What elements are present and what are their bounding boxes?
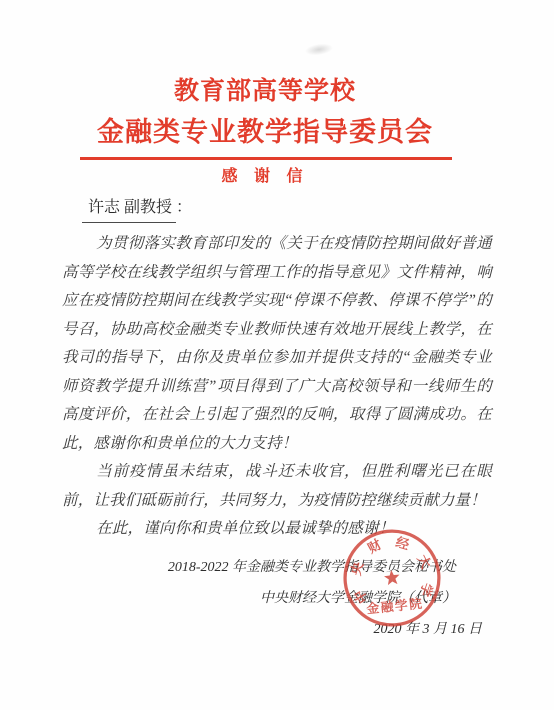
org-name-line1: 教育部高等学校 [0, 74, 530, 108]
body-paragraph: 在此，谨向你和贵单位致以最诚挚的感谢！ [62, 515, 492, 544]
letter-body: 为贯彻落实教育部印发的《关于在疫情防控期间做好普通高等学校在线教学组织与管理工作… [62, 230, 492, 544]
letter-page: 教育部高等学校 金融类专业教学指导委员会 感 谢 信 许志 副教授： 为贯彻落实… [0, 0, 554, 710]
body-paragraph: 当前疫情虽未结束，战斗还未收官，但胜利曙光已在眼前，让我们砥砺前行，共同努力，为… [62, 458, 492, 515]
signature-institution: 中央财经大学金融学院（代章） [168, 583, 456, 614]
salutation-colon: ： [176, 199, 192, 216]
letterhead: 教育部高等学校 金融类专业教学指导委员会 感 谢 信 [0, 0, 554, 187]
salutation: 许志 副教授： [88, 197, 554, 223]
signature-date: 2020 年 3 月 16 日 [168, 614, 482, 645]
signature-committee: 2018-2022 年金融类专业教学指导委员会秘书处 [168, 552, 456, 583]
signature-block: 2018-2022 年金融类专业教学指导委员会秘书处 中央财经大学金融学院（代章… [168, 552, 456, 645]
letter-title: 感 谢 信 [0, 167, 530, 187]
header-rule [80, 157, 452, 160]
body-paragraph: 为贯彻落实教育部印发的《关于在疫情防控期间做好普通高等学校在线教学组织与管理工作… [62, 230, 492, 458]
org-name-line2: 金融类专业教学指导委员会 [0, 114, 530, 150]
recipient-name: 许志 副教授 [82, 197, 176, 223]
